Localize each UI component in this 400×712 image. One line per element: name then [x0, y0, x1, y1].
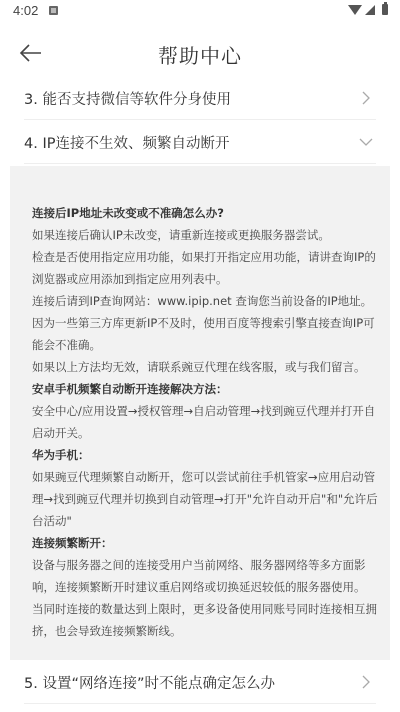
faq-question-label: 4. IP连接不生效、频繁自动断开 — [24, 132, 229, 153]
faq-item-5[interactable]: 5. 设置“网络连接”时不能点确定怎么办 — [24, 660, 376, 704]
chevron-right-icon — [358, 90, 374, 106]
chevron-down-icon — [358, 134, 374, 150]
faq-list: 3. 能否支持微信等软件分身使用 4. IP连接不生效、频繁自动断开 — [0, 76, 400, 164]
notification-a-icon — [49, 6, 58, 15]
faq-question-label: 5. 设置“网络连接”时不能点确定怎么办 — [24, 672, 275, 693]
answer-paragraph: 如果连接后确认IP未改变，请重新连接或更换服务器尝试。 — [32, 224, 380, 246]
wifi-icon — [348, 5, 362, 15]
chevron-right-icon — [358, 674, 374, 690]
battery-icon — [382, 4, 388, 15]
answer-heading: 华为手机： — [32, 444, 380, 466]
status-time: 4:02 — [13, 3, 38, 18]
answer-paragraph: 如果豌豆代理频繁自动断开，您可以尝试前往手机管家→应用启动管理→找到豌豆代理并切… — [32, 466, 380, 532]
answer-paragraph: 如果以上方法均无效，请联系豌豆代理在线客服，或与我们留言。 — [32, 356, 380, 378]
app-bar: 帮助中心 — [0, 30, 400, 76]
answer-heading: 连接后IP地址未改变或不准确怎么办? — [32, 202, 380, 224]
answer-paragraph: 安全中心/应用设置→授权管理→自启动管理→找到豌豆代理并打开自启动开关。 — [32, 400, 380, 444]
faq-question-label: 3. 能否支持微信等软件分身使用 — [24, 88, 231, 109]
signal-icon — [365, 5, 375, 15]
faq-item-4[interactable]: 4. IP连接不生效、频繁自动断开 — [24, 120, 376, 164]
answer-paragraph: 连接后请到IP查询网站：www.ipip.net 查询您当前设备的IP地址。因为… — [32, 290, 380, 356]
answer-heading: 安卓手机频繁自动断开连接解决方法： — [32, 378, 380, 400]
page-title: 帮助中心 — [0, 40, 400, 69]
answer-paragraph: 当同时连接的数量达到上限时，更多设备使用同账号同时连接相互拥挤，也会导致连接频繁… — [32, 598, 380, 642]
answer-heading: 连接频繁断开： — [32, 532, 380, 554]
status-icons — [348, 4, 388, 15]
faq-item-3[interactable]: 3. 能否支持微信等软件分身使用 — [24, 76, 376, 120]
faq-answer-content: 连接后IP地址未改变或不准确怎么办? 如果连接后确认IP未改变，请重新连接或更换… — [32, 202, 380, 642]
faq-answer-panel: 连接后IP地址未改变或不准确怎么办? 如果连接后确认IP未改变，请重新连接或更换… — [10, 166, 390, 660]
answer-paragraph: 设备与服务器之间的连接受用户当前网络、服务器网络等多方面影响，连接频繁断开时建议… — [32, 554, 380, 598]
status-bar: 4:02 — [0, 0, 400, 26]
answer-paragraph: 检查是否使用指定应用功能，如果打开指定应用功能，请讲查询IP的浏览器或应用添加到… — [32, 246, 380, 290]
